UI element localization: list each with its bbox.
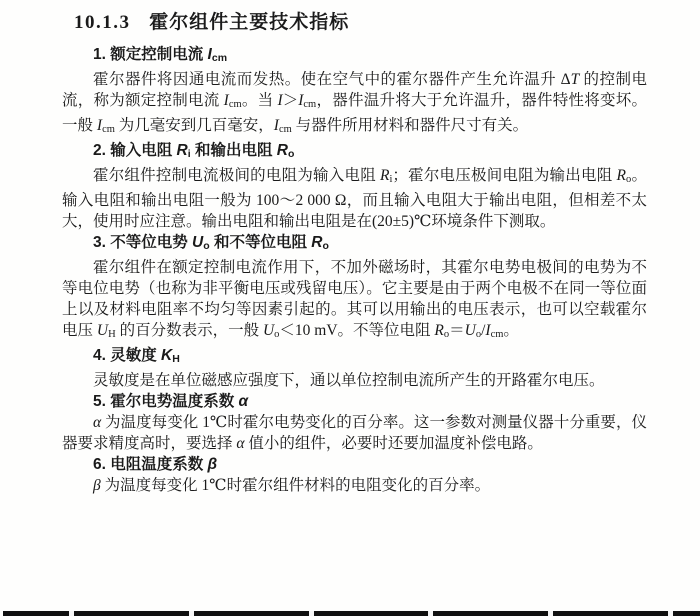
page-title: 10.1.3 霍尔组件主要技术指标 [74, 7, 647, 34]
subsection-paragraph: 霍尔器件将因通电流而发热。使在空气中的霍尔器件产生允许温升 ΔT 的控制电流，称… [62, 69, 647, 140]
subsection-heading: 3. 不等位电势 Uo 和不等位电阻 Ro [62, 232, 647, 257]
section-title-text: 霍尔组件主要技术指标 [149, 12, 349, 33]
subsection-paragraph: α 为温度每变化 1℃时霍尔电势变化的百分率。这一参数对测量仪器十分重要，仪器要… [62, 412, 647, 454]
spec-section-offset-potential: 3. 不等位电势 Uo 和不等位电阻 Ro 霍尔组件在额定控制电流作用下，不加外… [62, 232, 647, 345]
subsection-heading: 4. 灵敏度 KH [62, 345, 647, 370]
subsection-heading: 6. 电阻温度系数 β [62, 454, 647, 475]
spec-section-resistance-temp-coefficient: 6. 电阻温度系数 β β 为温度每变化 1℃时霍尔组件材料的电阻变化的百分率。 [62, 454, 647, 496]
scanned-document-page: 10.1.3 霍尔组件主要技术指标 1. 额定控制电流 Icm 霍尔器件将因通电… [0, 0, 700, 616]
page-edge-bar [3, 611, 700, 616]
spec-section-rated-control-current: 1. 额定控制电流 Icm 霍尔器件将因通电流而发热。使在空气中的霍尔器件产生允… [62, 44, 647, 140]
spec-section-input-output-resistance: 2. 输入电阻 Ri 和输出电阻 Ro 霍尔组件控制电流极间的电阻为输入电阻 R… [62, 140, 647, 232]
subsection-paragraph: β 为温度每变化 1℃时霍尔组件材料的电阻变化的百分率。 [62, 475, 647, 496]
subsection-paragraph: 灵敏度是在单位磁感应强度下，通以单位控制电流所产生的开路霍尔电压。 [62, 370, 647, 391]
subsection-paragraph: 霍尔组件在额定控制电流作用下，不加外磁场时，其霍尔电势电极间的电势为不等电位电势… [62, 257, 647, 345]
spec-section-sensitivity: 4. 灵敏度 KH 灵敏度是在单位磁感应强度下，通以单位控制电流所产生的开路霍尔… [62, 345, 647, 391]
subsection-heading: 1. 额定控制电流 Icm [62, 44, 647, 69]
section-number: 10.1.3 [74, 12, 131, 33]
subsection-heading: 5. 霍尔电势温度系数 α [62, 391, 647, 412]
subsection-paragraph: 霍尔组件控制电流极间的电阻为输入电阻 Ri；霍尔电压极间电阻为输出电阻 Ro。输… [62, 165, 647, 232]
spec-section-hall-emf-temp-coefficient: 5. 霍尔电势温度系数 α α 为温度每变化 1℃时霍尔电势变化的百分率。这一参… [62, 391, 647, 454]
document-body: 10.1.3 霍尔组件主要技术指标 1. 额定控制电流 Icm 霍尔器件将因通电… [62, 7, 647, 496]
subsection-heading: 2. 输入电阻 Ri 和输出电阻 Ro [62, 140, 647, 165]
